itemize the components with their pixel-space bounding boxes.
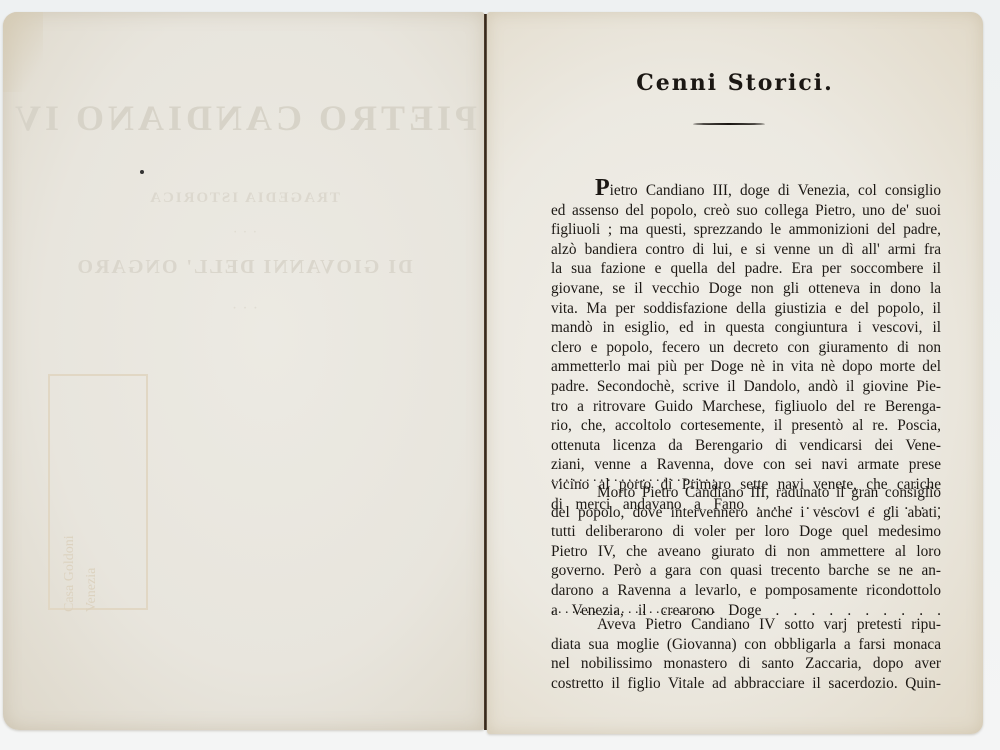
text-line: ammetterlo mai più per Doge nè in vita n… (551, 357, 941, 377)
ink-speck (140, 170, 144, 174)
text-line: darono a Ravenna a levarlo, e pomposamen… (551, 581, 941, 601)
text-line: Pietro IV, che aveano giurato di non amm… (551, 542, 941, 562)
bleed-through-author: DI GIOVANNI DELL' ONGARO (3, 256, 485, 279)
drop-cap: P (595, 175, 610, 201)
text-line: governo. Però a gara con quasi trecento … (551, 561, 941, 581)
text-line: rio, che, accoltolo cortesemente, il pre… (551, 416, 941, 436)
title-rule (693, 123, 765, 125)
text-line: Morto Pietro Candiano III, radunato il g… (551, 483, 941, 503)
text-line: padre. Secondochè, scrive il Dandolo, an… (551, 377, 941, 397)
bleed-through-ornament: · · · (3, 227, 485, 238)
folded-corner (3, 12, 43, 92)
bleed-through-subtitle: TRAGEDIA ISTORICA (3, 190, 485, 207)
text-line: mandò in esiglio, ed in questa congiuntu… (551, 318, 941, 338)
bleed-through-ornament-2: · · · (3, 302, 485, 314)
text-line: ottenuta licenza da Berengario di vendic… (551, 436, 941, 456)
text-line: figliuoli ; ma questi, sprezzando le amm… (551, 220, 941, 240)
text-line: giovane, se il vecchio Doge non gli otte… (551, 279, 941, 299)
text-line: alzò bandiera contro di lui, e si venne … (551, 240, 941, 260)
text-line: costretto il figlio Vitale ad abbracciar… (551, 674, 941, 694)
text-line: del popolo, dove intervennero anche i ve… (551, 503, 941, 523)
paragraph-1: Pietro Candiano III, doge di Venezia, co… (551, 181, 941, 514)
paragraph-2: Morto Pietro Candiano III, radunato il g… (551, 483, 941, 620)
text-line: diata sua moglie (Giovanna) con obbligar… (551, 635, 941, 655)
text-line: la sua fazione e quella del padre. Era p… (551, 259, 941, 279)
text-line: tro a ritrovare Guido Marchese, figliuol… (551, 397, 941, 417)
text-line: Aveva Pietro Candiano IV sotto varj pret… (551, 615, 941, 635)
bleed-through-title: PIETRO CANDIANO IV (3, 97, 485, 139)
text-line: Pietro Candiano III, doge di Venezia, co… (551, 181, 941, 201)
library-stamp-text: Casa Goldoni Venezia (59, 392, 103, 612)
text-line: tutti deliberarono di voler per loro Dog… (551, 522, 941, 542)
text-line: ed assenso del popolo, creò suo collega … (551, 201, 941, 221)
text-line: nel nobilissimo monastero di santo Zacca… (551, 654, 941, 674)
text-line: vita. Ma per soddisfazione della giustiz… (551, 299, 941, 319)
separator-dots: . . . . . . . . . . . . . . . . . . . . … (551, 470, 941, 484)
paragraph-3: Aveva Pietro Candiano IV sotto varj pret… (551, 615, 941, 693)
page-title: Cenni Storici. (487, 70, 983, 96)
left-page: PIETRO CANDIANO IV TRAGEDIA ISTORICA · ·… (3, 12, 485, 730)
separator-dots-2: . . . . . . . . . . . . . . . . . . . . … (551, 602, 941, 616)
text-line: clero e popolo, fecero un decreto con gi… (551, 338, 941, 358)
